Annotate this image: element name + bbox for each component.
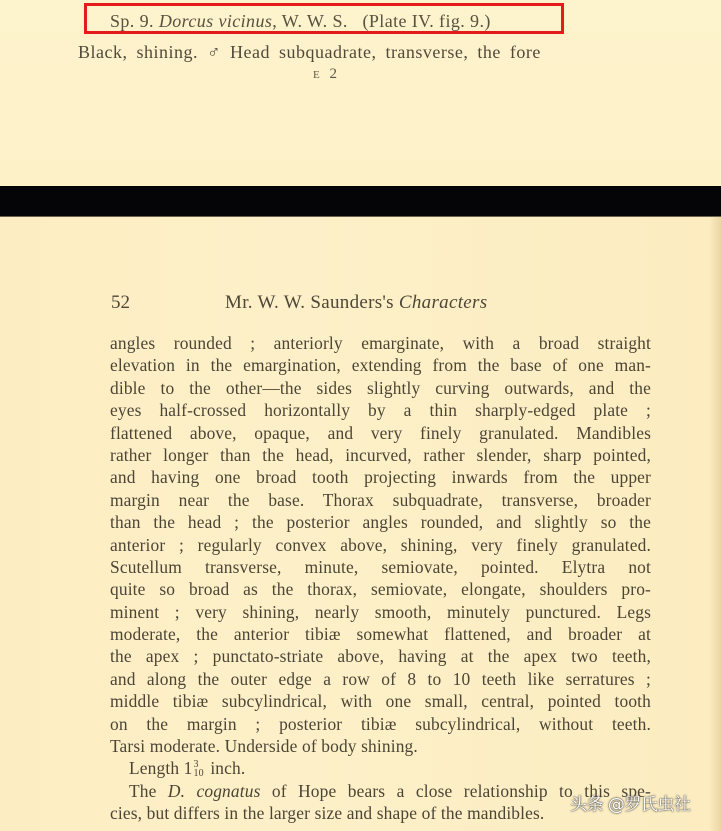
- text-line: minent ; very shining, nearly smooth, mi…: [110, 601, 651, 623]
- length-fraction: 310: [194, 760, 204, 778]
- length-line: Length 1310 inch.: [110, 757, 651, 779]
- text-line: quite so broad as the thorax, semiovate,…: [110, 578, 651, 600]
- text-line: anterior ; regularly convex above, shini…: [110, 534, 651, 556]
- species-name: Dorcus vicinus: [159, 11, 272, 31]
- species-author: , W. W. S.: [272, 11, 348, 31]
- text-line: rather longer than the head, incurved, r…: [110, 444, 651, 466]
- text-line: and having one broad tooth projecting in…: [110, 466, 651, 488]
- text-line: eyes half-crossed horizontally by a thin…: [110, 399, 651, 421]
- text-line: the apex ; punctato-striate above, havin…: [110, 645, 651, 667]
- body-text: angles rounded ; anteriorly emarginate, …: [110, 332, 651, 825]
- upper-page-scan: Sp. 9. Dorcus vicinus, W. W. S. (Plate I…: [0, 0, 721, 186]
- species-heading: Sp. 9. Dorcus vicinus, W. W. S. (Plate I…: [110, 11, 491, 32]
- description-first-line: Black, shining. ♂ Head subquadrate, tran…: [78, 42, 541, 63]
- plate-reference: (Plate IV. fig. 9.): [363, 11, 491, 31]
- text-line: margin near the base. Thorax subquadrate…: [110, 489, 651, 511]
- text-line: on the margin ; posterior tibiæ subcylin…: [110, 713, 651, 735]
- text-line: dible to the other—the sides slightly cu…: [110, 377, 651, 399]
- text-line: and along the outer edge a row of 8 to 1…: [110, 668, 651, 690]
- text-line: Tarsi moderate. Underside of body shinin…: [110, 735, 651, 757]
- text-line: middle tibiæ subcylindrical, with one sm…: [110, 690, 651, 712]
- species-number: Sp. 9.: [110, 11, 154, 31]
- signature-mark: E 2: [313, 66, 340, 83]
- text-line: flattened above, opaque, and very finely…: [110, 422, 651, 444]
- text-line: than the head ; the posterior angles rou…: [110, 511, 651, 533]
- page-separator-band: [0, 186, 721, 217]
- text-line: moderate, the anterior tibiæ somewhat fl…: [110, 623, 651, 645]
- page-number: 52: [111, 292, 130, 314]
- watermark-text: 头条 @罗氏虫社: [570, 790, 690, 815]
- text-line: angles rounded ; anteriorly emarginate, …: [110, 332, 651, 354]
- text-line: elevation in the emargination, extending…: [110, 354, 651, 376]
- text-line: Scutellum transverse, minute, semiovate,…: [110, 556, 651, 578]
- running-title: Mr. W. W. Saunders's Characters: [225, 292, 487, 314]
